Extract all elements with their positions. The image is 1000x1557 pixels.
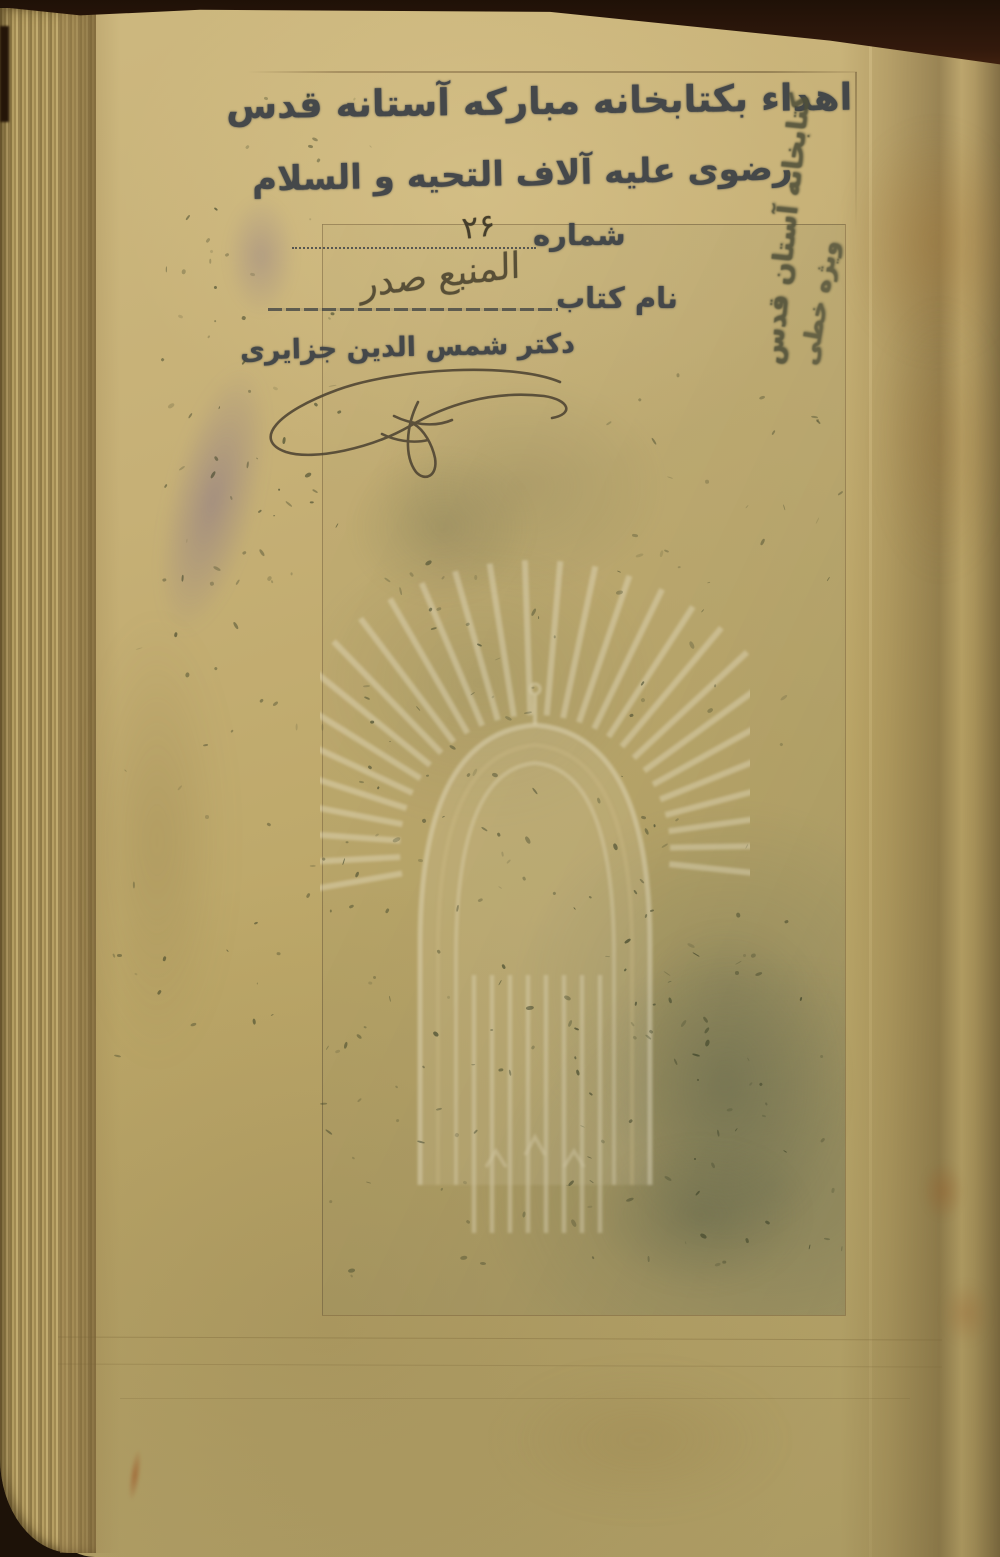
binding-sliver: [0, 26, 9, 122]
book-name-line: [268, 308, 558, 311]
gutter-fold-highlight: [869, 30, 872, 1557]
page-gutter-shadow: [840, 0, 1000, 1557]
stamp-area-ruling-right: [855, 72, 857, 232]
book-name-label: نام کتاب: [556, 281, 678, 315]
owner-signature-icon: [222, 360, 582, 492]
impression-band: [58, 1336, 942, 1367]
impression-line: [120, 1398, 910, 1399]
donation-stamp-line-1: اهداء بکتابخانه مبارکه آستانه قدس: [225, 76, 852, 128]
stamp-area-ruling-top: [247, 71, 857, 73]
book-scan-photo: اهداء بکتابخانه مبارکه آستانه قدس رضوی ع…: [0, 0, 1000, 1557]
page-edge-shadow: [60, 8, 120, 1553]
serial-number-label: شماره: [533, 218, 626, 252]
serial-number-value: ۲۶: [460, 207, 497, 247]
